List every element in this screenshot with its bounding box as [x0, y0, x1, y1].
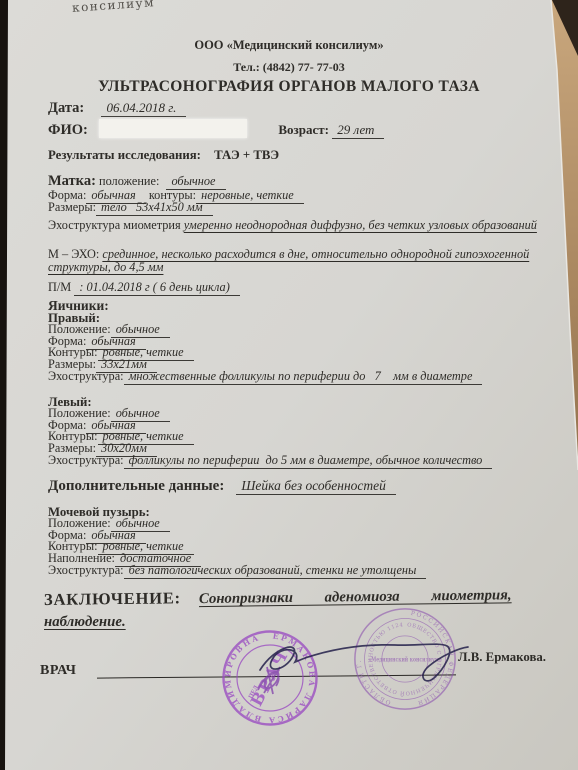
- row-value: множественные фолликулы по периферии до …: [124, 369, 483, 385]
- m-echo-value: срединное, несколько расходится в дне, о…: [48, 247, 529, 274]
- pm-value: : 01.04.2018 г ( 6 день цикла): [74, 280, 240, 296]
- row-label: Эхоструктура:: [48, 369, 124, 383]
- results-label: Результаты исследования:: [48, 148, 201, 162]
- row-value: без патологических образований, стенки н…: [124, 563, 427, 579]
- fio-label: ФИО:: [48, 122, 88, 138]
- left-ovary-rows: Положение:обычное Форма:обычная Контуры:…: [48, 408, 492, 467]
- right-ovary-row: Эхоструктура:множественные фолликулы по …: [48, 371, 482, 383]
- doctor-label: ВРАЧ: [40, 663, 76, 679]
- age-label: Возраст:: [278, 122, 329, 137]
- page-title: УЛЬТРАСОНОГРАФИЯ ОРГАНОВ МАЛОГО ТАЗА: [0, 78, 578, 96]
- age-value: 29 лет: [332, 122, 384, 139]
- uterus-size-value: тело 53х41х50 мм: [96, 200, 213, 216]
- date-value: 06.04.2018 г.: [101, 100, 186, 117]
- doctor-ink-signature: [215, 618, 475, 708]
- results-row: Результаты исследования: ТАЭ + ТВЭ: [48, 148, 279, 163]
- additional-label: Дополнительные данные:: [48, 478, 224, 494]
- uterus-label: Матка:: [48, 173, 96, 189]
- right-ovary-rows: Положение:обычное Форма:обычная Контуры:…: [48, 324, 482, 383]
- uterus-position-label: положение:: [99, 174, 159, 188]
- additional-row: Дополнительные данные: Шейка без особенн…: [48, 477, 396, 495]
- document-photo: консилиум ООО «Медицинский консилиум» Те…: [0, 0, 578, 770]
- org-name: ООО «Медицинский консилиум»: [0, 38, 578, 53]
- myometrium-row: Эхоструктура миометрия умеренно неодноро…: [48, 219, 553, 231]
- conclusion-value-line2: наблюдение.: [44, 614, 126, 631]
- date-row: Дата: 06.04.2018 г.: [48, 100, 186, 117]
- m-echo-row: М – ЭХО: срединное, несколько расходится…: [48, 248, 560, 273]
- bladder-rows: Положение:обычное Форма:обычная Контуры:…: [48, 518, 426, 577]
- bladder-row: Эхоструктура:без патологических образова…: [48, 565, 426, 577]
- left-ovary-row: Эхоструктура:фолликулы по периферии до 5…: [48, 455, 492, 467]
- signature-stroke: [260, 644, 468, 681]
- org-phone: Тел.: (4842) 77- 77-03: [0, 60, 578, 75]
- myometrium-value: умеренно неоднородная диффузно, без четк…: [184, 218, 537, 232]
- row-value: фолликулы по периферии до 5 мм в диаметр…: [124, 453, 493, 469]
- uterus-line-size: Размеры:тело 53х41х50 мм: [48, 200, 213, 215]
- fio-row: ФИО: Возраст: 29 лет: [48, 119, 384, 139]
- row-label: Эхоструктура:: [48, 453, 124, 467]
- uterus-size-label: Размеры:: [48, 200, 96, 214]
- additional-value: Шейка без особенностей: [236, 478, 396, 495]
- row-label: Эхоструктура:: [48, 563, 124, 577]
- conclusion-value-line1: Сонопризнаки аденомиоза миометрия,: [199, 587, 512, 607]
- pm-row: П/М : 01.04.2018 г ( 6 день цикла): [48, 280, 240, 295]
- myometrium-label: Эхоструктура миометрия: [48, 218, 181, 232]
- fio-redacted-box: [99, 119, 247, 138]
- date-label: Дата:: [48, 100, 84, 116]
- conclusion-label: ЗАКЛЮЧЕНИЕ:: [44, 588, 181, 609]
- pm-label: П/М: [48, 280, 71, 294]
- results-value: ТАЭ + ТВЭ: [214, 148, 279, 162]
